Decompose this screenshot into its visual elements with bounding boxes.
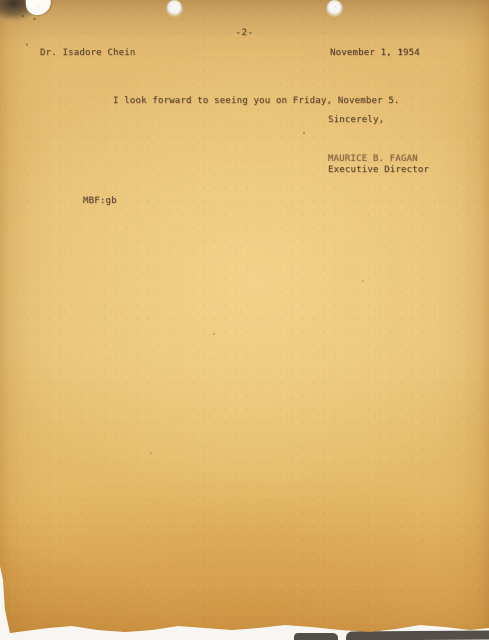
closing-salutation: Sincerely, [328, 115, 384, 125]
paper-fleck [150, 452, 152, 454]
punch-hole-right [327, 0, 342, 15]
ink-speck [303, 132, 305, 134]
ink-speck [26, 43, 28, 46]
recipient-name: Dr. Isadore Chein [40, 48, 136, 58]
typist-initials: MBF:gb [83, 196, 117, 206]
signature-name: MAURICE B. FAGAN [328, 154, 418, 164]
body-text: I look forward to seeing you on Friday, … [113, 96, 400, 106]
ink-speck [22, 15, 24, 17]
ink-speck [33, 18, 36, 20]
letter-paper: -2- Dr. Isadore Chein November 1, 1954 I… [0, 0, 489, 640]
page-number: -2- [0, 28, 489, 38]
scan-background: -2- Dr. Isadore Chein November 1, 1954 I… [0, 0, 489, 640]
punch-hole-left [167, 0, 182, 15]
scanner-shadow-right [346, 631, 489, 640]
paper-fleck [213, 333, 215, 335]
ink-speck [399, 49, 402, 52]
letter-date: November 1, 1954 [330, 48, 420, 58]
scanner-shadow-left [294, 633, 338, 640]
signature-title: Executive Director [328, 165, 429, 175]
paper-fleck [362, 280, 364, 282]
